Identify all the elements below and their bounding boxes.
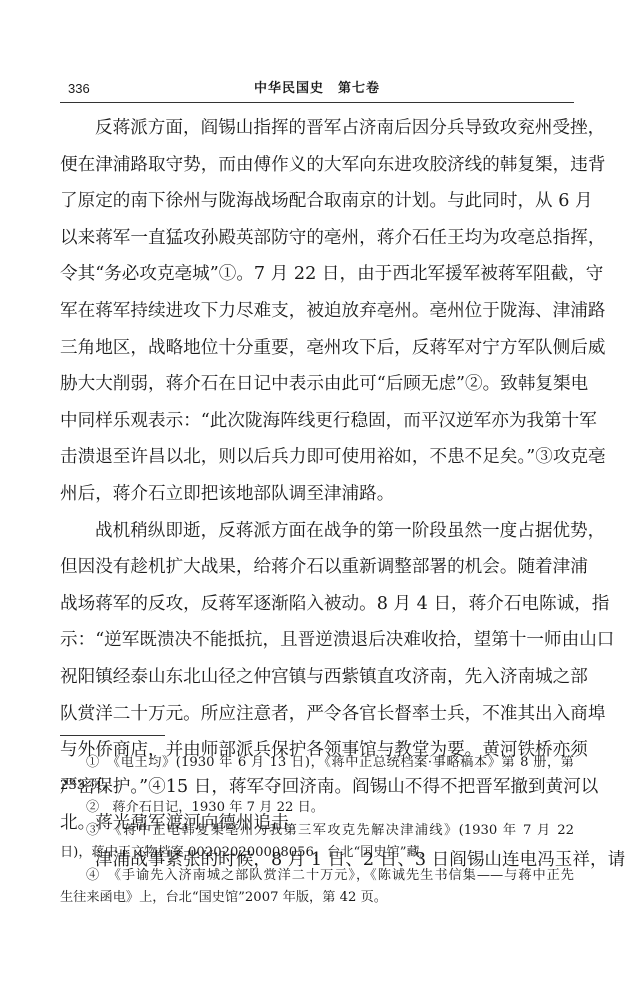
footnotes: ① 《电王均》(1930 年 6 月 13 日)，《蒋中正总统档案·事略稿本》第…	[60, 752, 574, 910]
text-line: 了原定的南下徐州与陇海战场配合取南京的计划。与此同时，从 6 月	[60, 183, 574, 220]
footnote-3-cont: 日)，蒋中正文物档案 002020200008056，台北“国史馆”藏。	[60, 842, 574, 865]
footnote-4: ④ 《手谕先入济南城之部队赏洋二十万元》，《陈诚先生书信集——与蒋中正先	[60, 865, 574, 888]
footnote-1-cont: 233 页。	[60, 775, 574, 798]
text-line: 击溃退至许昌以北，则以后兵力即可使用裕如，不患不足矣。”③攻克亳	[60, 439, 574, 476]
text-line: 便在津浦路取守势，而由傅作义的大军向东进攻胶济线的韩复榘，违背	[60, 147, 574, 184]
text-line: 队赏洋二十万元。所应注意者，严令各官长督率士兵，不准其出入商埠	[60, 696, 574, 733]
footnote-2: ② 蒋介石日记，1930 年 7 月 22 日。	[60, 797, 574, 820]
page-header: 336 中华民国史 第七卷	[60, 79, 574, 99]
text-line: 中同样乐观表示：“此次陇海阵线更行稳固，而平汉逆军亦为我第十军	[60, 403, 574, 440]
footnote-3: ③ 《蒋中正电韩复榘亳州为我第三军攻克先解决津浦线》(1930 年 7 月 22	[60, 820, 574, 843]
footnote-1: ① 《电王均》(1930 年 6 月 13 日)，《蒋中正总统档案·事略稿本》第…	[60, 752, 574, 775]
text-line: 但因没有趁机扩大战果，给蒋介石以重新调整部署的机会。随着津浦	[60, 549, 574, 586]
text-line: 战机稍纵即逝，反蒋派方面在战争的第一阶段虽然一度占据优势，	[60, 513, 574, 550]
text-line: 胁大大削弱，蒋介石在日记中表示由此可“后顾无虑”②。致韩复榘电	[60, 366, 574, 403]
paragraph-1: 反蒋派方面，阎锡山指挥的晋军占济南后因分兵导致攻兖州受挫， 便在津浦路取守势，而…	[60, 110, 574, 513]
text-line: 以来蒋军一直猛攻孙殿英部防守的亳州，蒋介石任王均为攻亳总指挥，	[60, 220, 574, 257]
text-line: 军在蒋军持续进攻下力尽难支，被迫放弃亳州。亳州位于陇海、津浦路	[60, 293, 574, 330]
text-line: 令其“务必攻克亳城”①。7 月 22 日，由于西北军援军被蒋军阻截，守	[60, 256, 574, 293]
text-line: 三角地区，战略地位十分重要，亳州攻下后，反蒋军对宁方军队侧后威	[60, 330, 574, 367]
text-line: 示：“逆军既溃决不能抵抗，且晋逆溃退后决难收拾，望第十一师由山口	[60, 622, 574, 659]
text-line: 州后，蒋介石立即把该地部队调至津浦路。	[60, 476, 574, 513]
header-rule	[60, 102, 574, 103]
running-title: 中华民国史 第七卷	[60, 79, 574, 99]
text-line: 祝阳镇经泰山东北山径之仲宫镇与西紫镇直攻济南，先入济南城之部	[60, 659, 574, 696]
footnote-4-cont: 生往来函电》上，台北“国史馆”2007 年版，第 42 页。	[60, 887, 574, 910]
text-line: 反蒋派方面，阎锡山指挥的晋军占济南后因分兵导致攻兖州受挫，	[60, 110, 574, 147]
text-line: 战场蒋军的反攻，反蒋军逐渐陷入被动。8 月 4 日，蒋介石电陈诚，指	[60, 586, 574, 623]
footnote-rule	[60, 735, 165, 736]
